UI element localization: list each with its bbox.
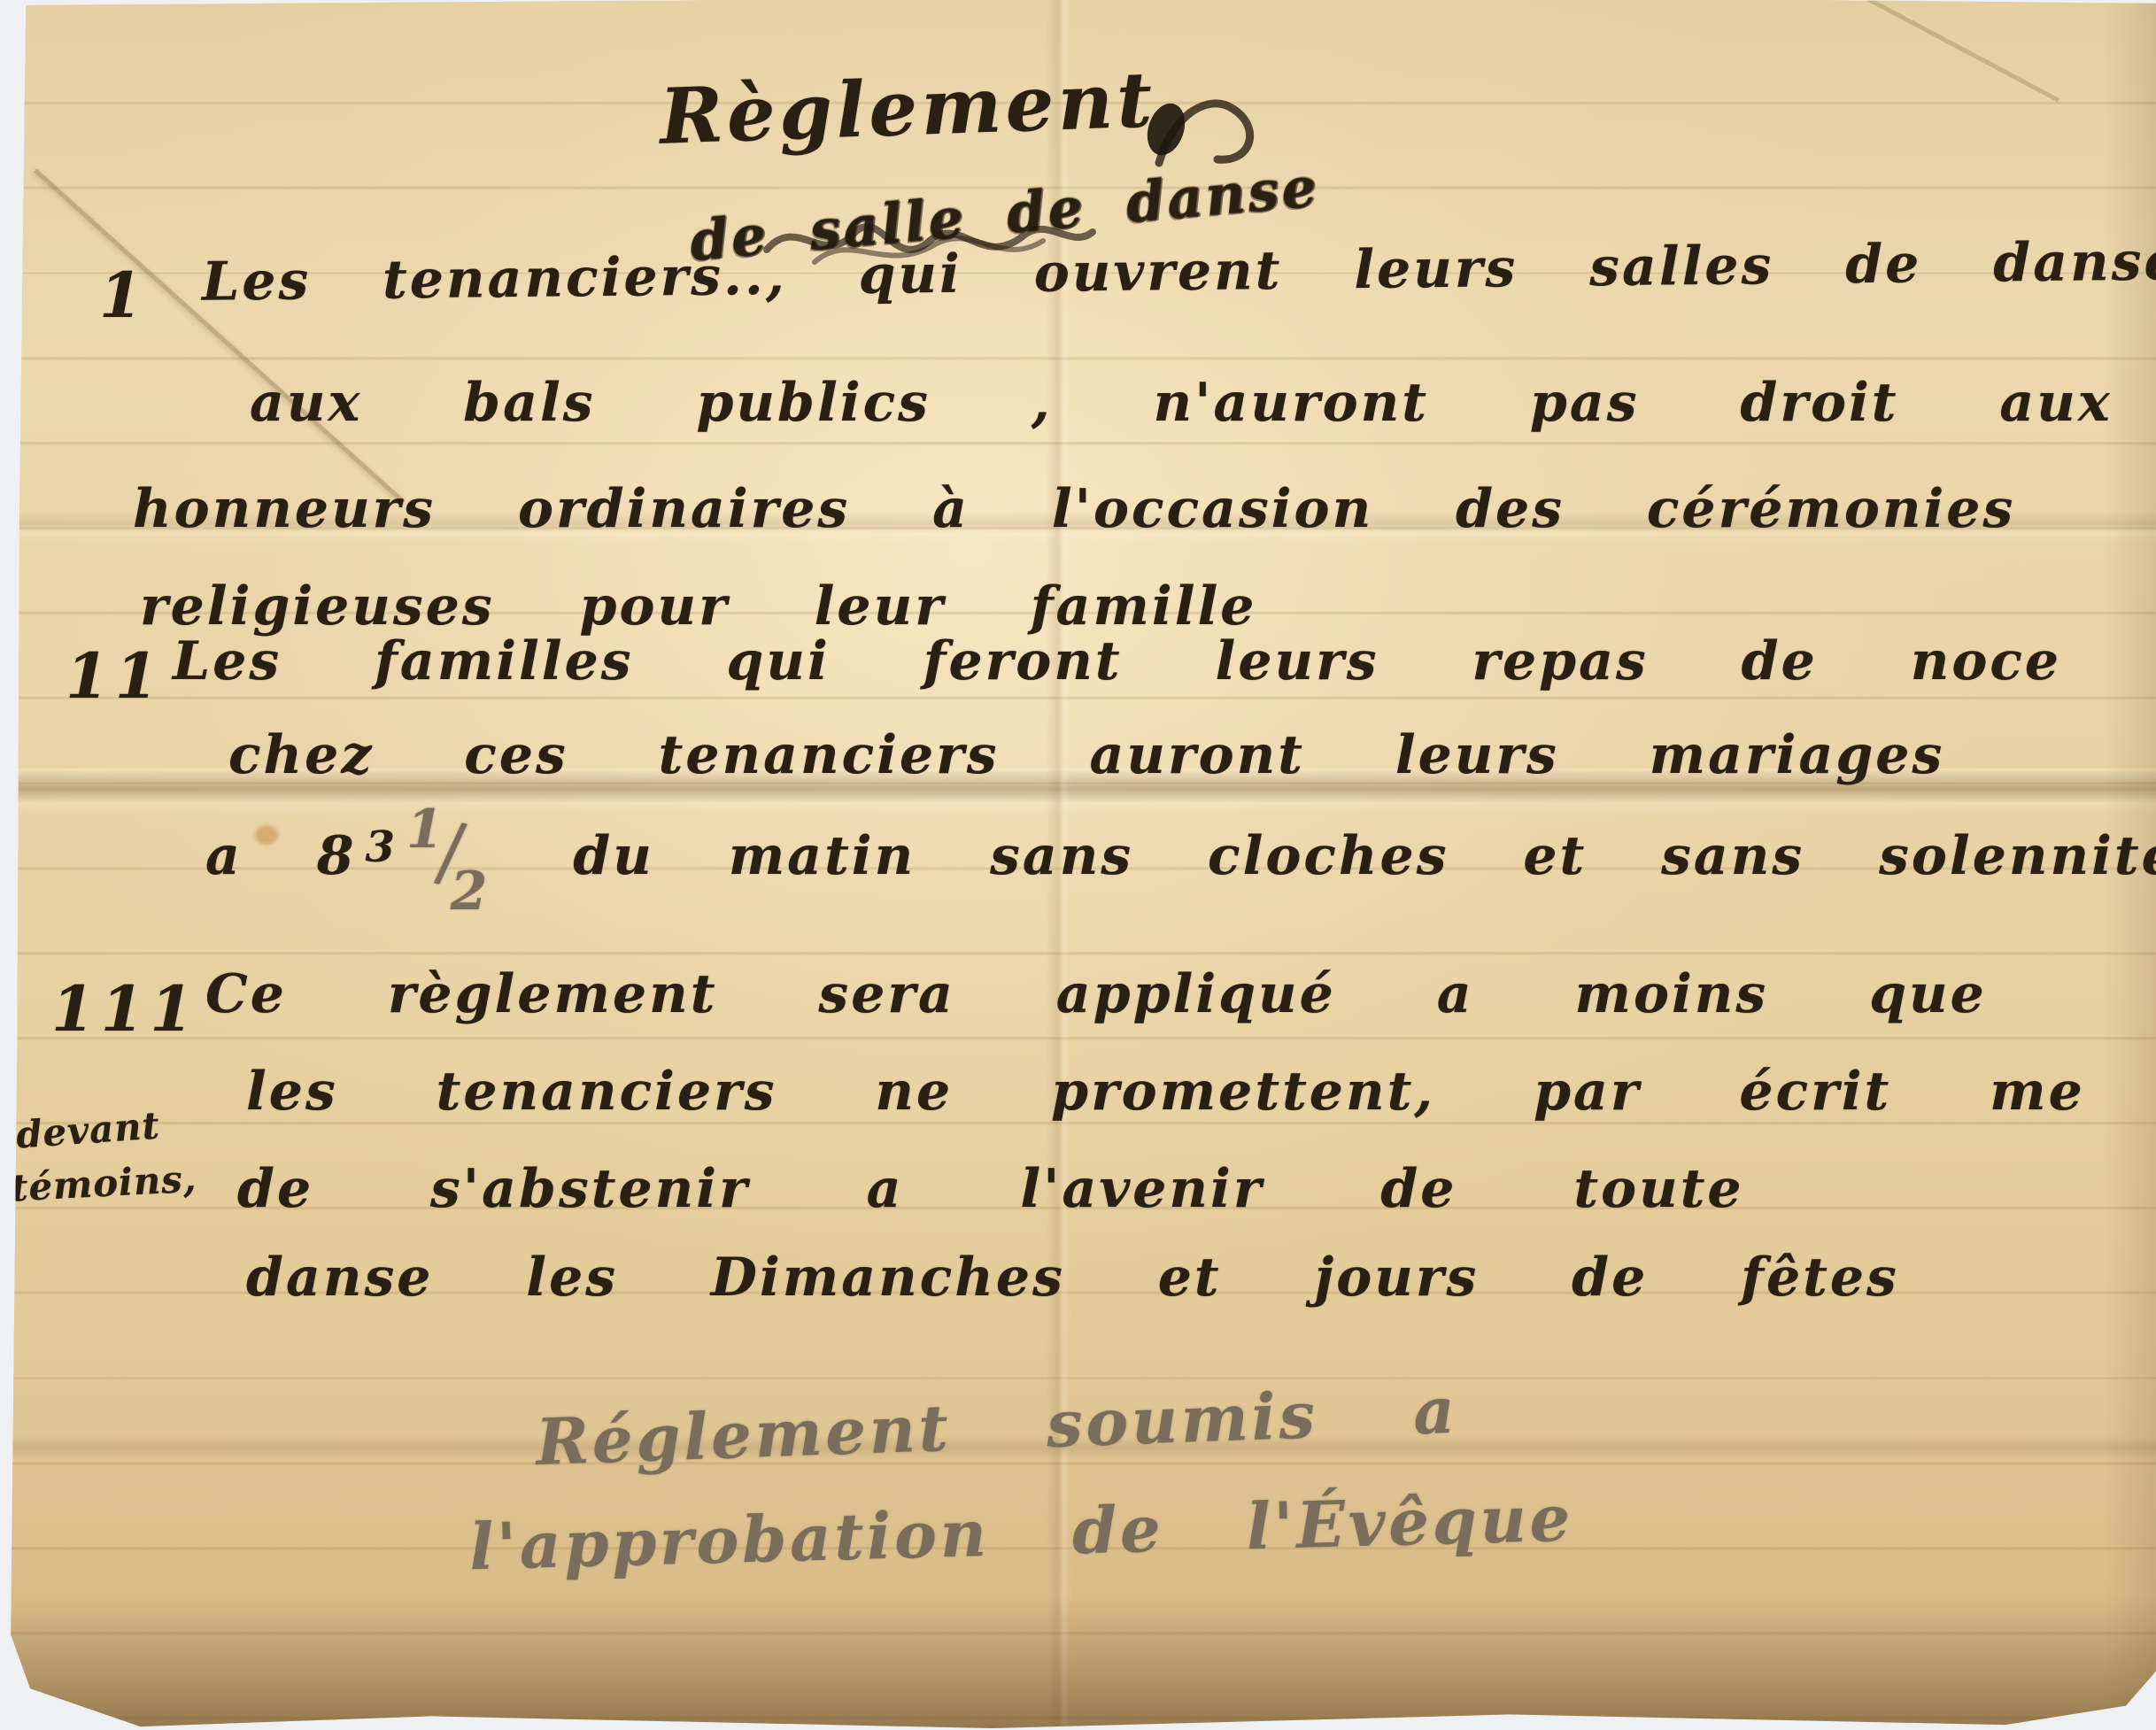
time-ink-digit: 3 <box>366 823 398 872</box>
pencil-footer-line: Réglement soumis a <box>535 1372 1459 1479</box>
handwritten-line: honneurs ordinaires à l'occasion des cér… <box>133 478 2015 540</box>
pencil-footer-line: l'approbation de l'Évêque <box>468 1480 1574 1585</box>
photograph-of-document: Règlement de salle de danse 1 Les tenanc… <box>0 0 2156 1730</box>
fold-crease-diagonal-top-left <box>34 169 406 504</box>
margin-note-line: témoins, <box>10 1157 197 1210</box>
handwritten-line: Les familles qui feront leurs repas de n… <box>173 630 2061 692</box>
time-prefix: a 8 <box>205 825 357 887</box>
aged-paper-sheet: Règlement de salle de danse 1 Les tenanc… <box>0 0 2156 1730</box>
handwritten-line: Ce règlement sera appliqué a moins que <box>205 963 1987 1025</box>
document-title: Règlement <box>658 55 1157 161</box>
item-numeral: 1 <box>99 259 145 332</box>
handwritten-line: de s'abstenir a l'avenir de toute <box>237 1158 1744 1220</box>
item-numeral: 111 <box>51 972 199 1046</box>
handwritten-line: aux bals publics , n'auront pas droit au… <box>250 372 2113 434</box>
handwritten-line: les tenanciers ne promettent, par écrit … <box>246 1061 2085 1123</box>
handwritten-line: religieuses pour leur famille <box>140 575 1256 637</box>
handwritten-line-with-correction: a 831/2 du matin sans cloches et sans so… <box>205 825 2156 887</box>
margin-note-line: devant <box>14 1103 161 1156</box>
time-suffix: du matin sans cloches et sans solennité <box>573 825 2156 887</box>
pencil-fraction-denominator: 2 <box>451 861 491 923</box>
handwritten-line: danse les Dimanches et jours de fêtes <box>246 1247 1899 1309</box>
handwritten-line: Les tenanciers.., qui ouvrent leurs sall… <box>202 230 2156 313</box>
item-numeral: 11 <box>66 639 164 713</box>
bottom-edge-shadow <box>0 1597 2156 1730</box>
fold-crease-top-right <box>1823 0 2059 103</box>
handwritten-line: chez ces tenanciers auront leurs mariage… <box>228 724 1944 786</box>
